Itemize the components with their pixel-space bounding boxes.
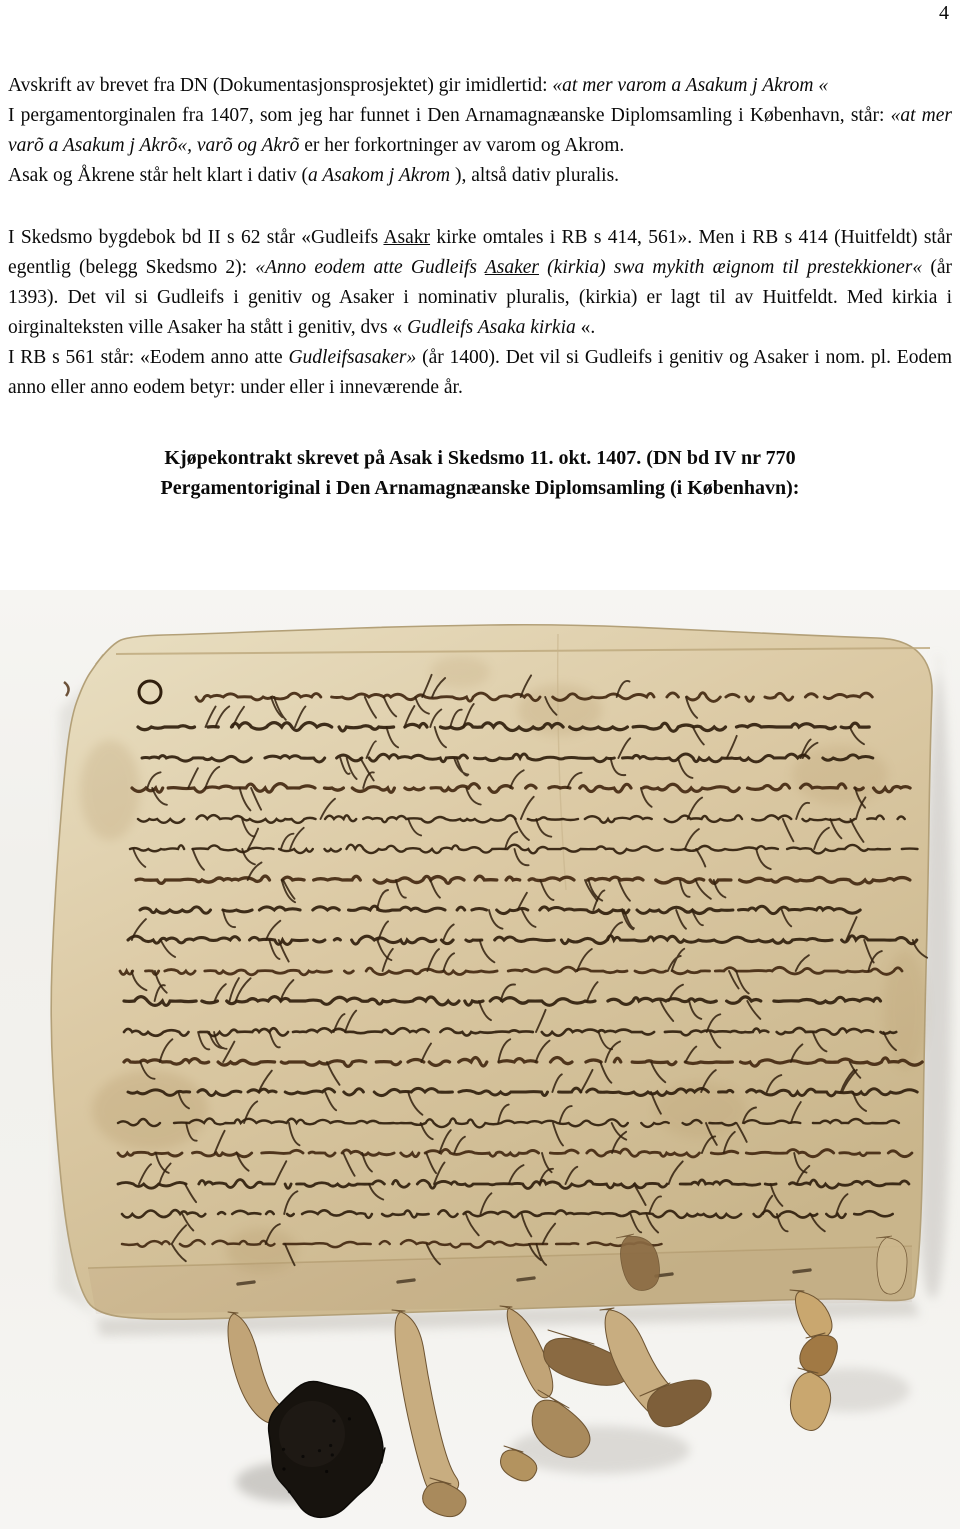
- spacer: [8, 403, 952, 443]
- tag-strip-long: [392, 1310, 459, 1498]
- edge-curl: [64, 682, 69, 696]
- page-number: 4: [939, 2, 949, 25]
- paragraph-pergament: I pergamentorginalen fra 1407, som jeg h…: [8, 101, 952, 161]
- parchment-photo-svg: [0, 590, 960, 1529]
- document-text: Avskrift av brevet fra DN (Dokumentasjon…: [8, 71, 952, 503]
- parchment-photo: [0, 590, 960, 1529]
- spacer: [8, 191, 952, 223]
- paragraph-rb561: I RB s 561 står: «Eodem anno atte Gudlei…: [8, 343, 952, 403]
- paragraph-avskrift: Avskrift av brevet fra DN (Dokumentasjon…: [8, 71, 952, 101]
- paragraph-dativ: Asak og Åkrene står helt klart i dativ (…: [8, 161, 952, 191]
- photo-heading-line-1: Kjøpekontrakt skrevet på Asak i Skedsmo …: [8, 443, 952, 473]
- photo-heading-line-2: Pergamentoriginal i Den Arnamagnæanske D…: [8, 473, 952, 503]
- paragraph-skedsmo: I Skedsmo bygdebok bd II s 62 står «Gudl…: [8, 223, 952, 343]
